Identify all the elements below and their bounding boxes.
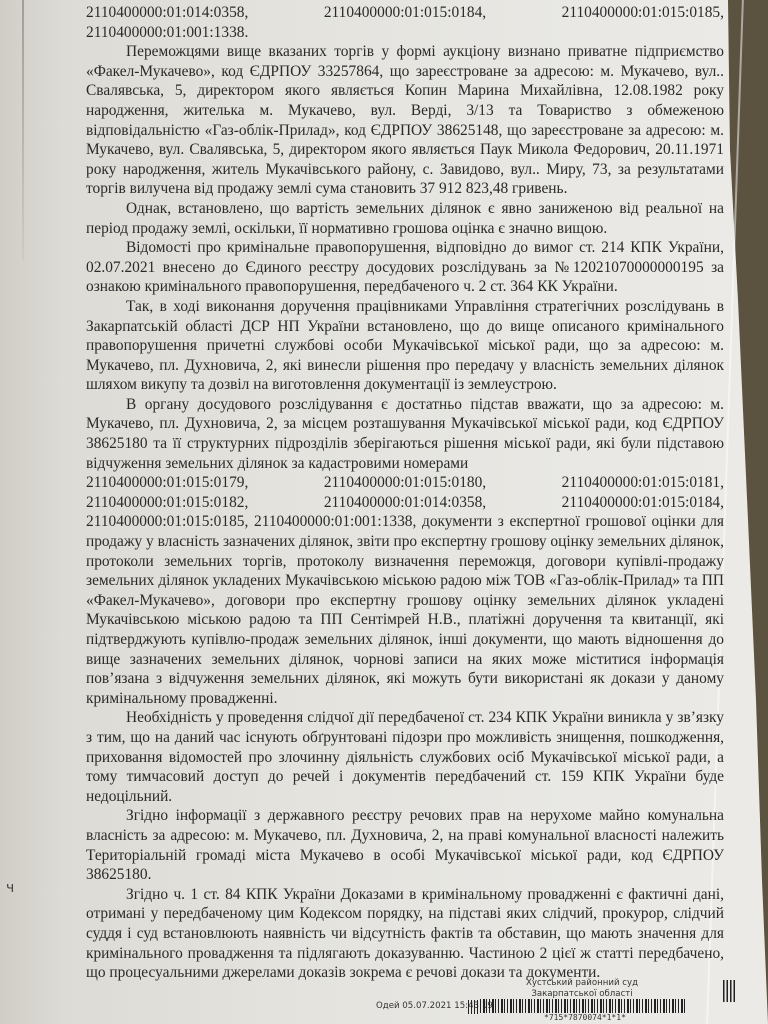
barcode-start-icon (468, 1000, 478, 1014)
margin-handwritten-mark: ч (6, 880, 14, 896)
court-stamp: Хустський районний суд Закарпатської обл… (482, 978, 682, 1000)
paragraph-grounds: В органу досудового розслідування є дост… (86, 395, 724, 473)
cadastral-row-top: 2110400000:01:014:0358, 2110400000:01:01… (86, 3, 724, 23)
cadastral-number: 2110400000:01:015:0181, (562, 473, 724, 493)
cadastral-number: 2110400000:01:015:0182, (86, 493, 248, 513)
paragraph-undervalued: Однак, встановлено, що вартість земельни… (86, 199, 724, 238)
barcode-number: *715*7870074*1*1* (544, 1013, 626, 1022)
paragraph-registry: Згідно інформації з державного реєстру р… (86, 806, 724, 884)
side-barcode-icon (723, 980, 735, 1002)
cadastral-number: 2110400000:01:014:0358, (86, 3, 248, 23)
page-fold-shadow (22, 0, 24, 260)
paragraph-evidence: Згідно ч. 1 ст. 84 КПК України Доказами … (86, 885, 724, 983)
cadastral-number: 2110400000:01:014:0358, (324, 493, 486, 513)
paragraph-criminal-record: Відомості про кримінальне правопорушення… (86, 238, 724, 297)
cadastral-number: 2110400000:01:015:0184, (562, 493, 724, 513)
paragraph-documents-list: 2110400000:01:015:0185, 2110400000:01:00… (86, 512, 724, 708)
barcode-icon (480, 999, 686, 1013)
cadastral-row-mid-2: 2110400000:01:015:0182, 2110400000:01:01… (86, 493, 724, 513)
cadastral-number: 2110400000:01:015:0180, (324, 473, 486, 493)
paragraph-necessity: Необхідність у проведення слідчої дії пе… (86, 708, 724, 806)
cadastral-row-mid-1: 2110400000:01:015:0179, 2110400000:01:01… (86, 473, 724, 493)
cadastral-number: 2110400000:01:015:0184, (324, 3, 486, 23)
cadastral-number-last: 2110400000:01:001:1338. (86, 23, 724, 43)
paragraph-investigation: Так, в ході виконання доручення працівни… (86, 297, 724, 395)
cadastral-number: 2110400000:01:015:0185, (562, 3, 724, 23)
court-name: Хустський районний суд (482, 978, 682, 989)
cadastral-number: 2110400000:01:015:0179, (86, 473, 248, 493)
paragraph-auction-winners: Переможцями вище вказаних торгів у формі… (86, 42, 724, 199)
document-body: 2110400000:01:014:0358, 2110400000:01:01… (86, 3, 724, 983)
